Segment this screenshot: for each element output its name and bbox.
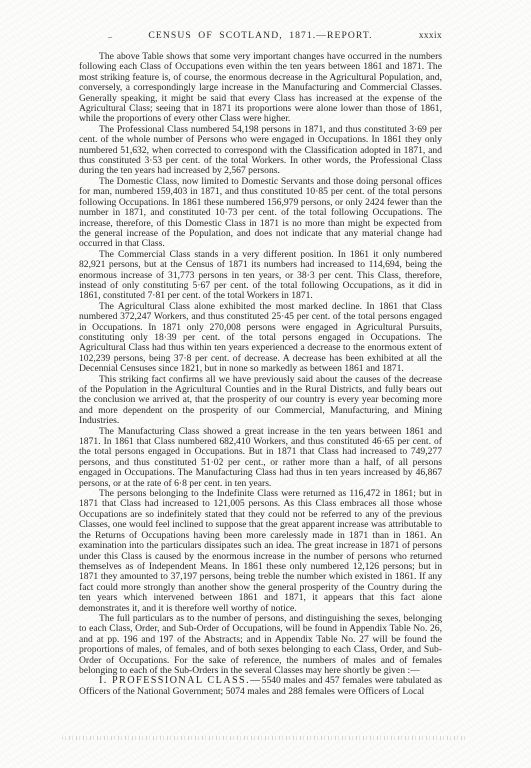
class-heading: I. PROFESSIONAL CLASS.— — [99, 675, 262, 686]
paragraph-overview: The above Table shows that some very imp… — [79, 52, 442, 125]
paragraph-striking-fact: This striking fact confirms all we have … — [79, 375, 442, 427]
paragraph-manufacturing-class: The Manufacturing Class showed a great i… — [79, 427, 442, 489]
paragraph-professional-class-detail: I. PROFESSIONAL CLASS.—5540 males and 45… — [79, 676, 442, 697]
report-body: The above Table shows that some very imp… — [79, 52, 442, 697]
running-title: CENSUS OF SCOTLAND, 1871.—REPORT. — [79, 30, 442, 41]
paragraph-domestic-class: The Domestic Class, now limited to Domes… — [79, 177, 442, 250]
paragraph-commercial-class: The Commercial Class stands in a very di… — [79, 250, 442, 302]
page-number: xxxix — [419, 31, 442, 41]
scan-artifact-speck — [108, 37, 112, 38]
paragraph-agricultural-class: The Agricultural Class alone exhibited t… — [79, 302, 442, 375]
paragraph-professional-class: The Professional Class numbered 54,198 p… — [79, 125, 442, 177]
paragraph-indefinite-class: The persons belonging to the Indefinite … — [79, 489, 442, 614]
scan-artifact-strip — [62, 736, 466, 740]
paragraph-full-particulars: The full particulars as to the number of… — [79, 614, 442, 676]
page-header: CENSUS OF SCOTLAND, 1871.—REPORT. xxxix — [79, 30, 442, 43]
scanned-report-page: CENSUS OF SCOTLAND, 1871.—REPORT. xxxix … — [0, 0, 531, 768]
